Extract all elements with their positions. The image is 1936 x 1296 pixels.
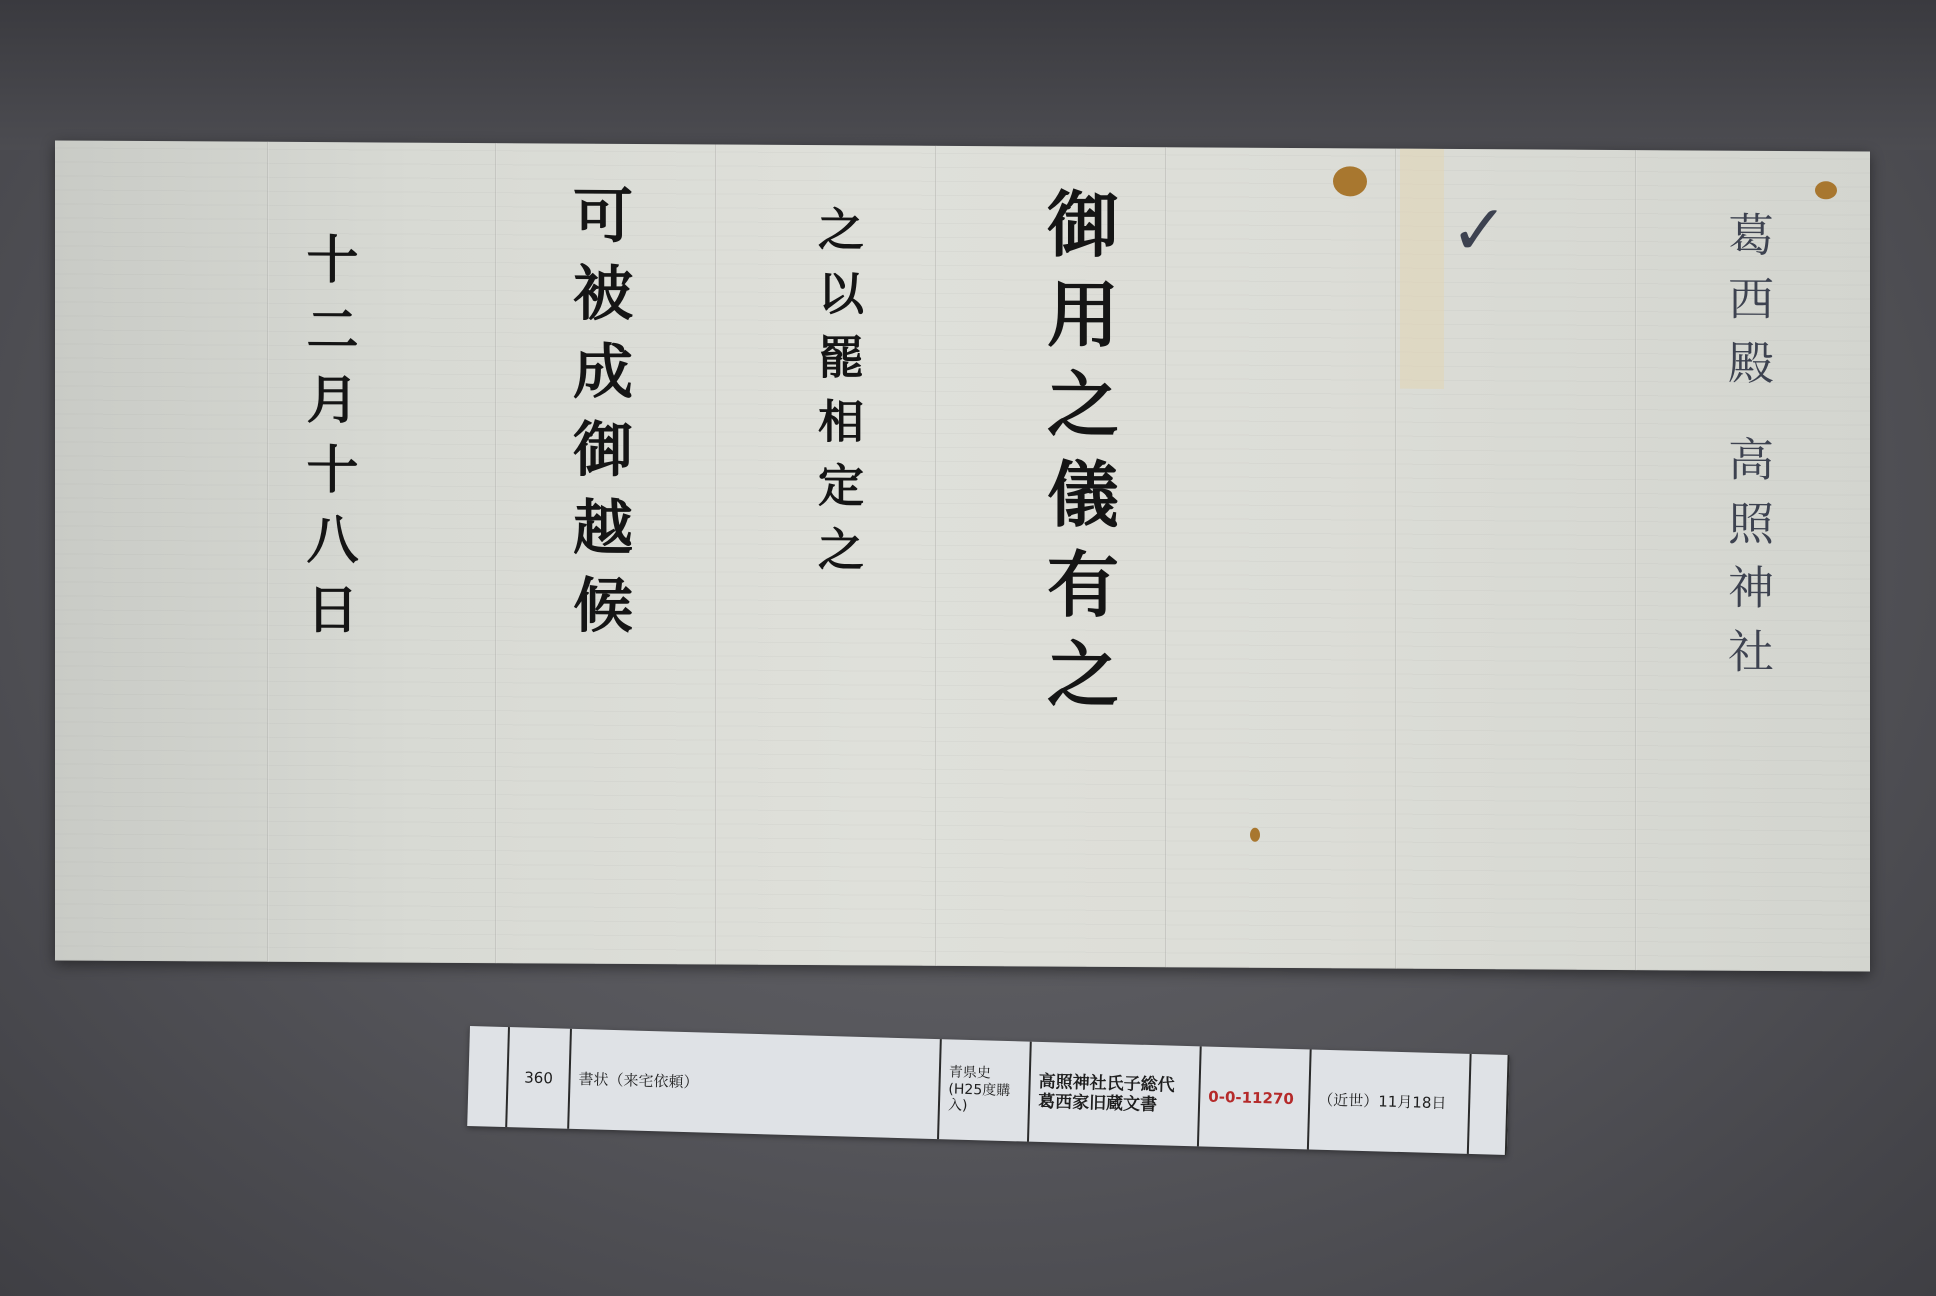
- date-column: 十二月十八日: [290, 232, 365, 652]
- stain: [1250, 828, 1260, 842]
- backdrop: [0, 0, 1936, 150]
- calligraphy-column-3: 可被成御越候: [555, 184, 641, 653]
- fold-line: [267, 142, 269, 962]
- label-date: （近世）11月18日: [1309, 1050, 1472, 1154]
- archive-label-strip: 360 書状（来宅依頼） 青県史(H25度購入) 高照神社氏子総代葛西家旧蔵文書…: [467, 1026, 1509, 1155]
- label-blank-right: [1469, 1054, 1510, 1155]
- fold-line: [715, 144, 717, 964]
- calligraphy-column-1: 御用之儀有之: [1025, 186, 1129, 727]
- fold-line: [1635, 150, 1637, 970]
- check-mark: ✓: [1450, 189, 1509, 271]
- historical-letter-document: 御用之儀有之 之以罷相定之 可被成御越候 十二月十八日 葛西殿 高照神社 ✓: [55, 140, 1870, 971]
- fold-line: [1395, 149, 1397, 969]
- stain: [1815, 181, 1837, 199]
- fold-line: [935, 146, 937, 966]
- stain: [1333, 166, 1367, 196]
- repair-tape: [1400, 149, 1444, 389]
- label-collection: 高照神社氏子総代葛西家旧蔵文書: [1029, 1042, 1202, 1147]
- label-blank-left: [467, 1026, 510, 1127]
- label-source: 青県史(H25度購入): [939, 1039, 1032, 1141]
- calligraphy-column-2: 之以罷相定之: [805, 205, 871, 589]
- fold-line: [1165, 147, 1167, 967]
- fold-line: [495, 143, 497, 963]
- label-number: 360: [507, 1027, 572, 1129]
- label-id-code: 0-0-11270: [1199, 1046, 1312, 1149]
- address-column: 葛西殿 高照神社: [1715, 211, 1781, 692]
- label-title: 書状（来宅依頼）: [569, 1029, 942, 1139]
